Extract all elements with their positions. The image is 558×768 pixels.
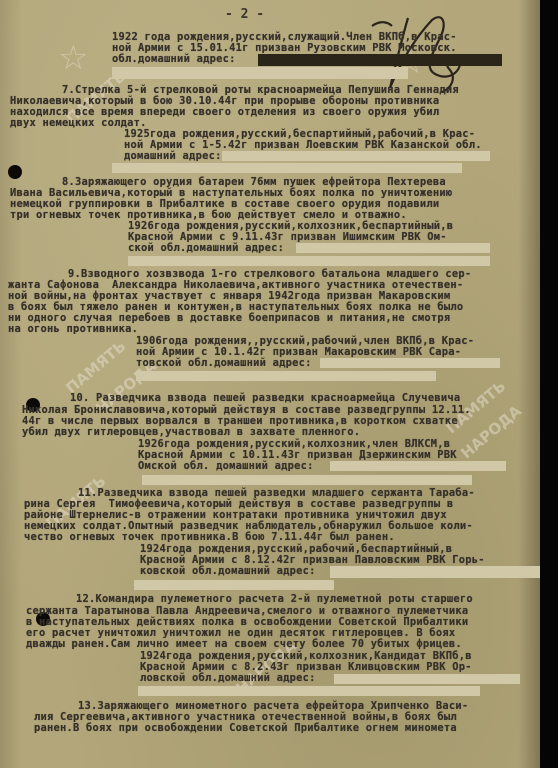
redacted-address	[296, 243, 490, 253]
text-line: убил двух гитлеровцев,участвовал в захва…	[22, 426, 360, 438]
text-line: обл.домашний адрес:	[112, 53, 236, 65]
redacted-address	[334, 674, 520, 684]
redacted-address	[330, 566, 540, 578]
bio-line: товской обл.домашний адрес:	[136, 357, 312, 369]
punch-hole	[8, 165, 22, 179]
redacted-address	[142, 475, 472, 485]
redacted-address	[112, 163, 462, 173]
text-line: на огонь противника.	[8, 323, 138, 335]
redacted-address	[258, 54, 502, 66]
star-watermark-icon: ☆	[58, 38, 88, 78]
document-page: ☆ ☆ ПАМЯТЬ ПАМЯТЬ НАРОДА ПАМЯТЬ НАРОДА П…	[0, 0, 540, 768]
text-line: дважды ранен.Сам лично имеет на своем сч…	[26, 638, 462, 650]
bio-line: ской обл.домашний адрес:	[128, 242, 284, 254]
scan-border	[540, 0, 558, 768]
bio-line: Омской обл. домашний адрес:	[138, 460, 314, 472]
bio-line: ковской обл.домашний адрес:	[140, 565, 316, 577]
text-line: ранен.В боях при освобождении Советской …	[34, 722, 457, 734]
redacted-address	[128, 256, 490, 266]
bio-line: домашний адрес:	[124, 150, 222, 162]
redacted-address	[112, 67, 408, 79]
award-entry-10: 10. Разведчика взвода пешей разведки кра…	[70, 392, 460, 404]
text-line: чество огневых точек противника.В бою 7.…	[24, 531, 395, 543]
redacted-address	[222, 151, 490, 161]
redacted-address	[138, 686, 480, 696]
award-entry-12: 12.Командира пулеметного расчета 2-й пул…	[76, 593, 473, 605]
redacted-address	[320, 358, 500, 368]
redacted-address	[136, 371, 436, 381]
page-number: - 2 -	[225, 7, 264, 22]
redacted-address	[134, 580, 334, 590]
bio-line: ловской обл.домашний адрес:	[140, 672, 316, 684]
redacted-address	[330, 461, 506, 471]
